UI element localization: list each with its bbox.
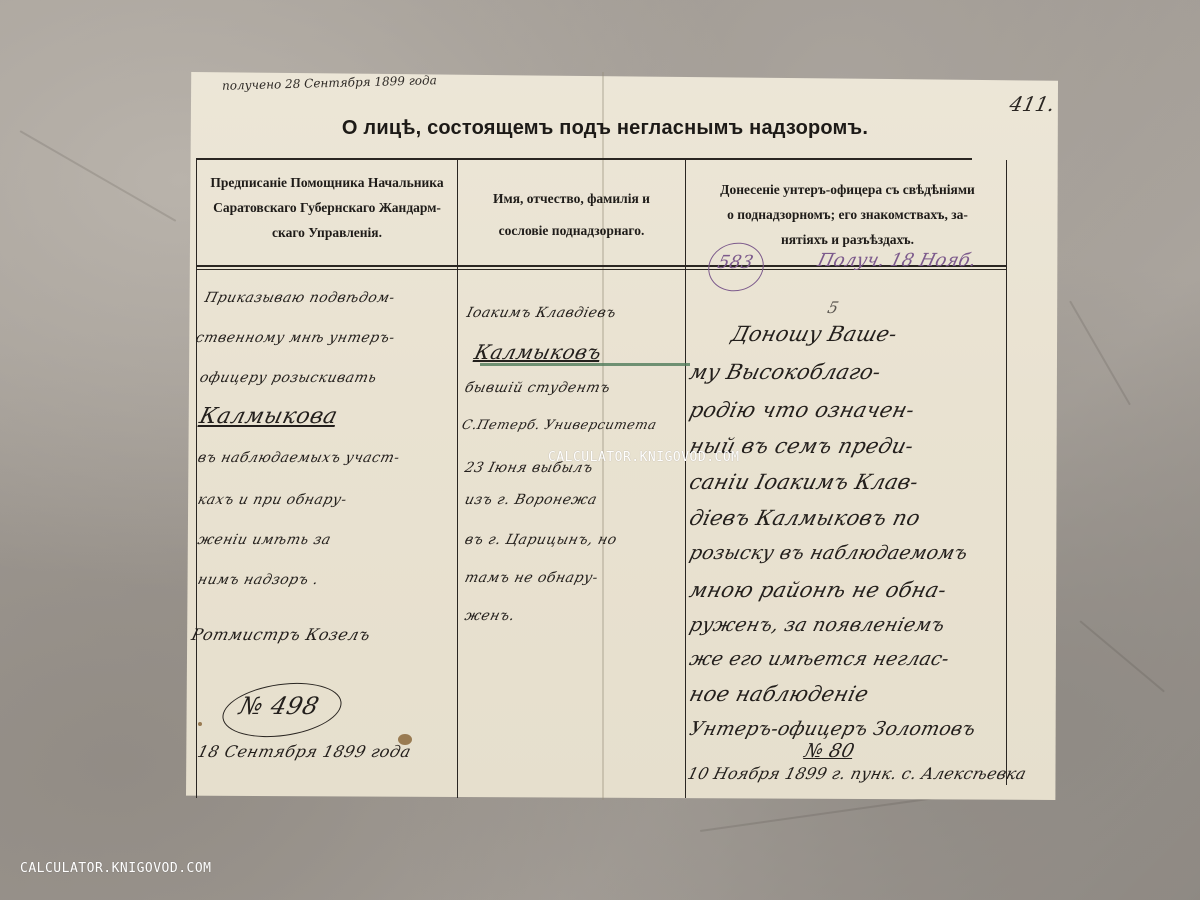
order-date: 18 Сентября 1899 года [196,742,414,761]
watermark-center: CALCULATOR.KNIGOVOD.COM [548,450,740,465]
column-header-order: Предписаніе Помощника Начальника Саратов… [198,170,456,245]
report-line: родію что означен- [687,398,917,422]
order-line: въ наблюдаемыхъ участ- [196,450,401,466]
order-line-surname: Калмыкова [197,404,340,429]
order-signature: Ротмистръ Козелъ [190,625,373,644]
report-line: же его имѣется неглас- [687,648,951,670]
name-line-surname: Калмыковъ [472,340,604,364]
background-vein [1069,301,1131,406]
ink-stain [398,734,412,745]
report-line: розыску въ наблюдаемомъ [687,542,970,564]
column-divider-2 [685,158,686,798]
sheet-number: 411. [1007,92,1057,116]
green-underline [480,363,690,366]
order-line: нимъ надзоръ . [196,572,320,588]
report-signature: Унтеръ-офицеръ Золотовъ [687,718,978,740]
order-line: офицеру розыскивать [198,370,379,386]
order-line: женіи имѣть за [196,532,333,548]
order-line: кахъ и при обнару- [196,492,349,508]
ink-spot [198,722,202,726]
name-line: женъ. [463,608,517,624]
order-line: Приказываю подвѣдом- [203,290,397,306]
report-line: саніи Іоакимъ Клав- [687,470,921,494]
stamp-number: 583 [715,252,755,273]
report-date-place: 10 Ноября 1899 г. пунк. с. Алексѣевка [686,764,1029,783]
name-line: бывшій студентъ [463,380,612,396]
name-line: изъ г. Воронежа [463,492,599,508]
document-title: О лицѣ, состоящемъ подъ негласнымъ надзо… [190,117,1020,140]
report-line: Доношу Ваше- [729,322,900,346]
column-divider-1 [457,158,458,798]
name-line: Іоакимъ Клавдіевъ [465,305,618,321]
column-divider-left [196,158,197,798]
column-header-name: Имя, отчество, фамилія и сословіе поднад… [459,183,684,247]
report-line: му Высокоблаго- [687,360,883,384]
name-line: С.Петерб. Университета [460,418,658,433]
report-number: № 80 [802,740,856,762]
paper-fold-vertical [602,72,604,800]
header-top-rule [196,158,972,160]
column-divider-right [1006,160,1007,785]
column-header-report: Донесеніе унтеръ-офицера съ свѣдѣніями о… [690,177,1005,252]
background-vein [1079,620,1165,692]
report-line: діевъ Калмыковъ по [687,506,923,530]
name-line: въ г. Царицынъ, но [463,532,619,548]
order-number: № 498 [237,692,323,720]
name-line: тамъ не обнару- [463,570,600,586]
order-line: ственному мнѣ унтеръ- [194,330,397,346]
report-line: руженъ, за появленіемъ [687,614,947,636]
watermark-bottom-left: CALCULATOR.KNIGOVOD.COM [20,861,212,876]
report-line: ное наблюденіе [687,682,871,706]
report-line: мною районѣ не обна- [687,578,949,602]
received-purple-note: Получ. 18 Нояб. [815,250,978,271]
background-vein [20,130,177,222]
